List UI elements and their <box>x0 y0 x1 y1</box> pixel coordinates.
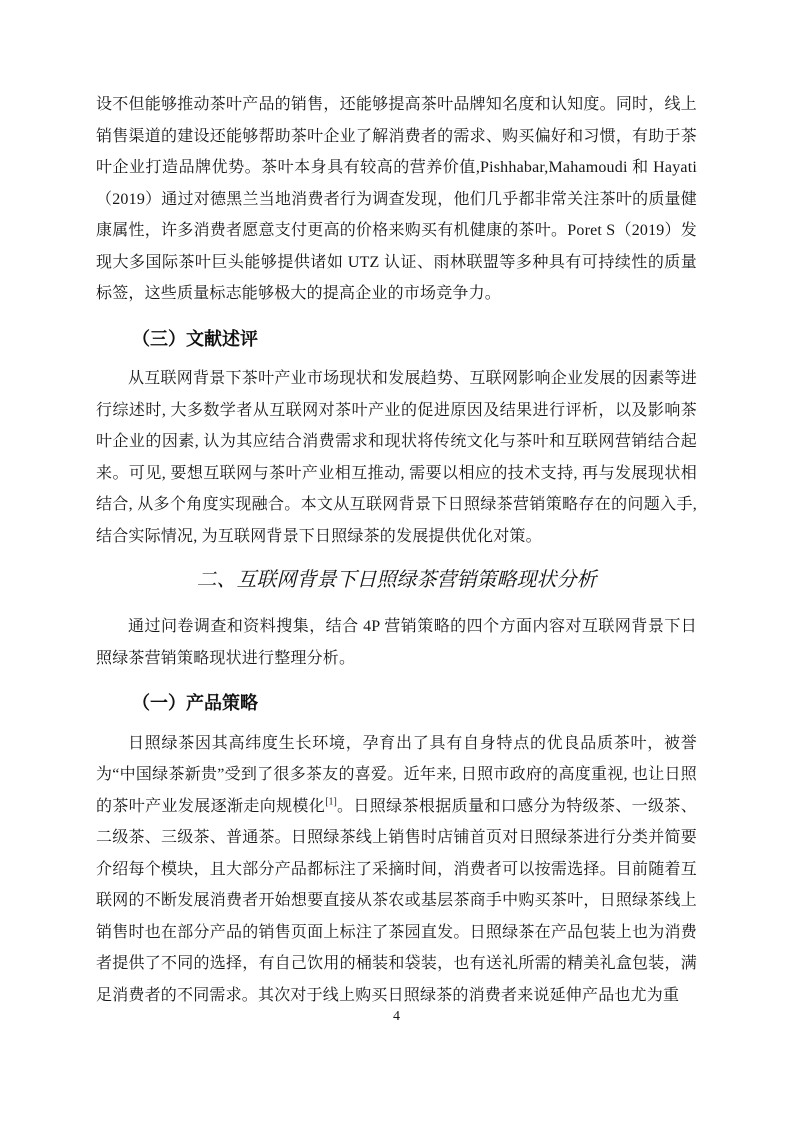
paragraph-text-run: 。日照绿茶根据质量和口感分为特级茶、一级茶、二级茶、三级茶、普通茶。日照绿茶线上… <box>96 798 697 1004</box>
heading-product-strategy: （一）产品策略 <box>96 688 697 720</box>
paragraph-continuation: 设不但能够推动茶叶产品的销售，还能够提高茶叶品牌知名度和认知度。同时，线上销售渠… <box>96 89 697 310</box>
paragraph-product-strategy: 日照绿茶因其高纬度生长环境，孕育出了具有自身特点的优良品质茶叶，被誉为“中国绿茶… <box>96 728 697 1012</box>
paragraph-chapter-intro: 通过问卷调查和资料搜集，结合 4P 营销策略的四个方面内容对互联网背景下日照绿茶… <box>96 611 697 674</box>
page-number: 4 <box>96 1008 697 1026</box>
heading-chapter-two: 二、互联网背景下日照绿茶营销策略现状分析 <box>96 564 697 596</box>
footnote-reference: [1] <box>325 796 337 807</box>
document-page: 设不但能够推动茶叶产品的销售，还能够提高茶叶品牌知名度和认知度。同时，线上销售渠… <box>0 0 793 1122</box>
heading-literature-review: （三）文献述评 <box>96 324 697 356</box>
paragraph-literature-review: 从互联网背景下茶叶产业市场现状和发展趋势、互联网影响企业发展的因素等进行综述时,… <box>96 363 697 552</box>
